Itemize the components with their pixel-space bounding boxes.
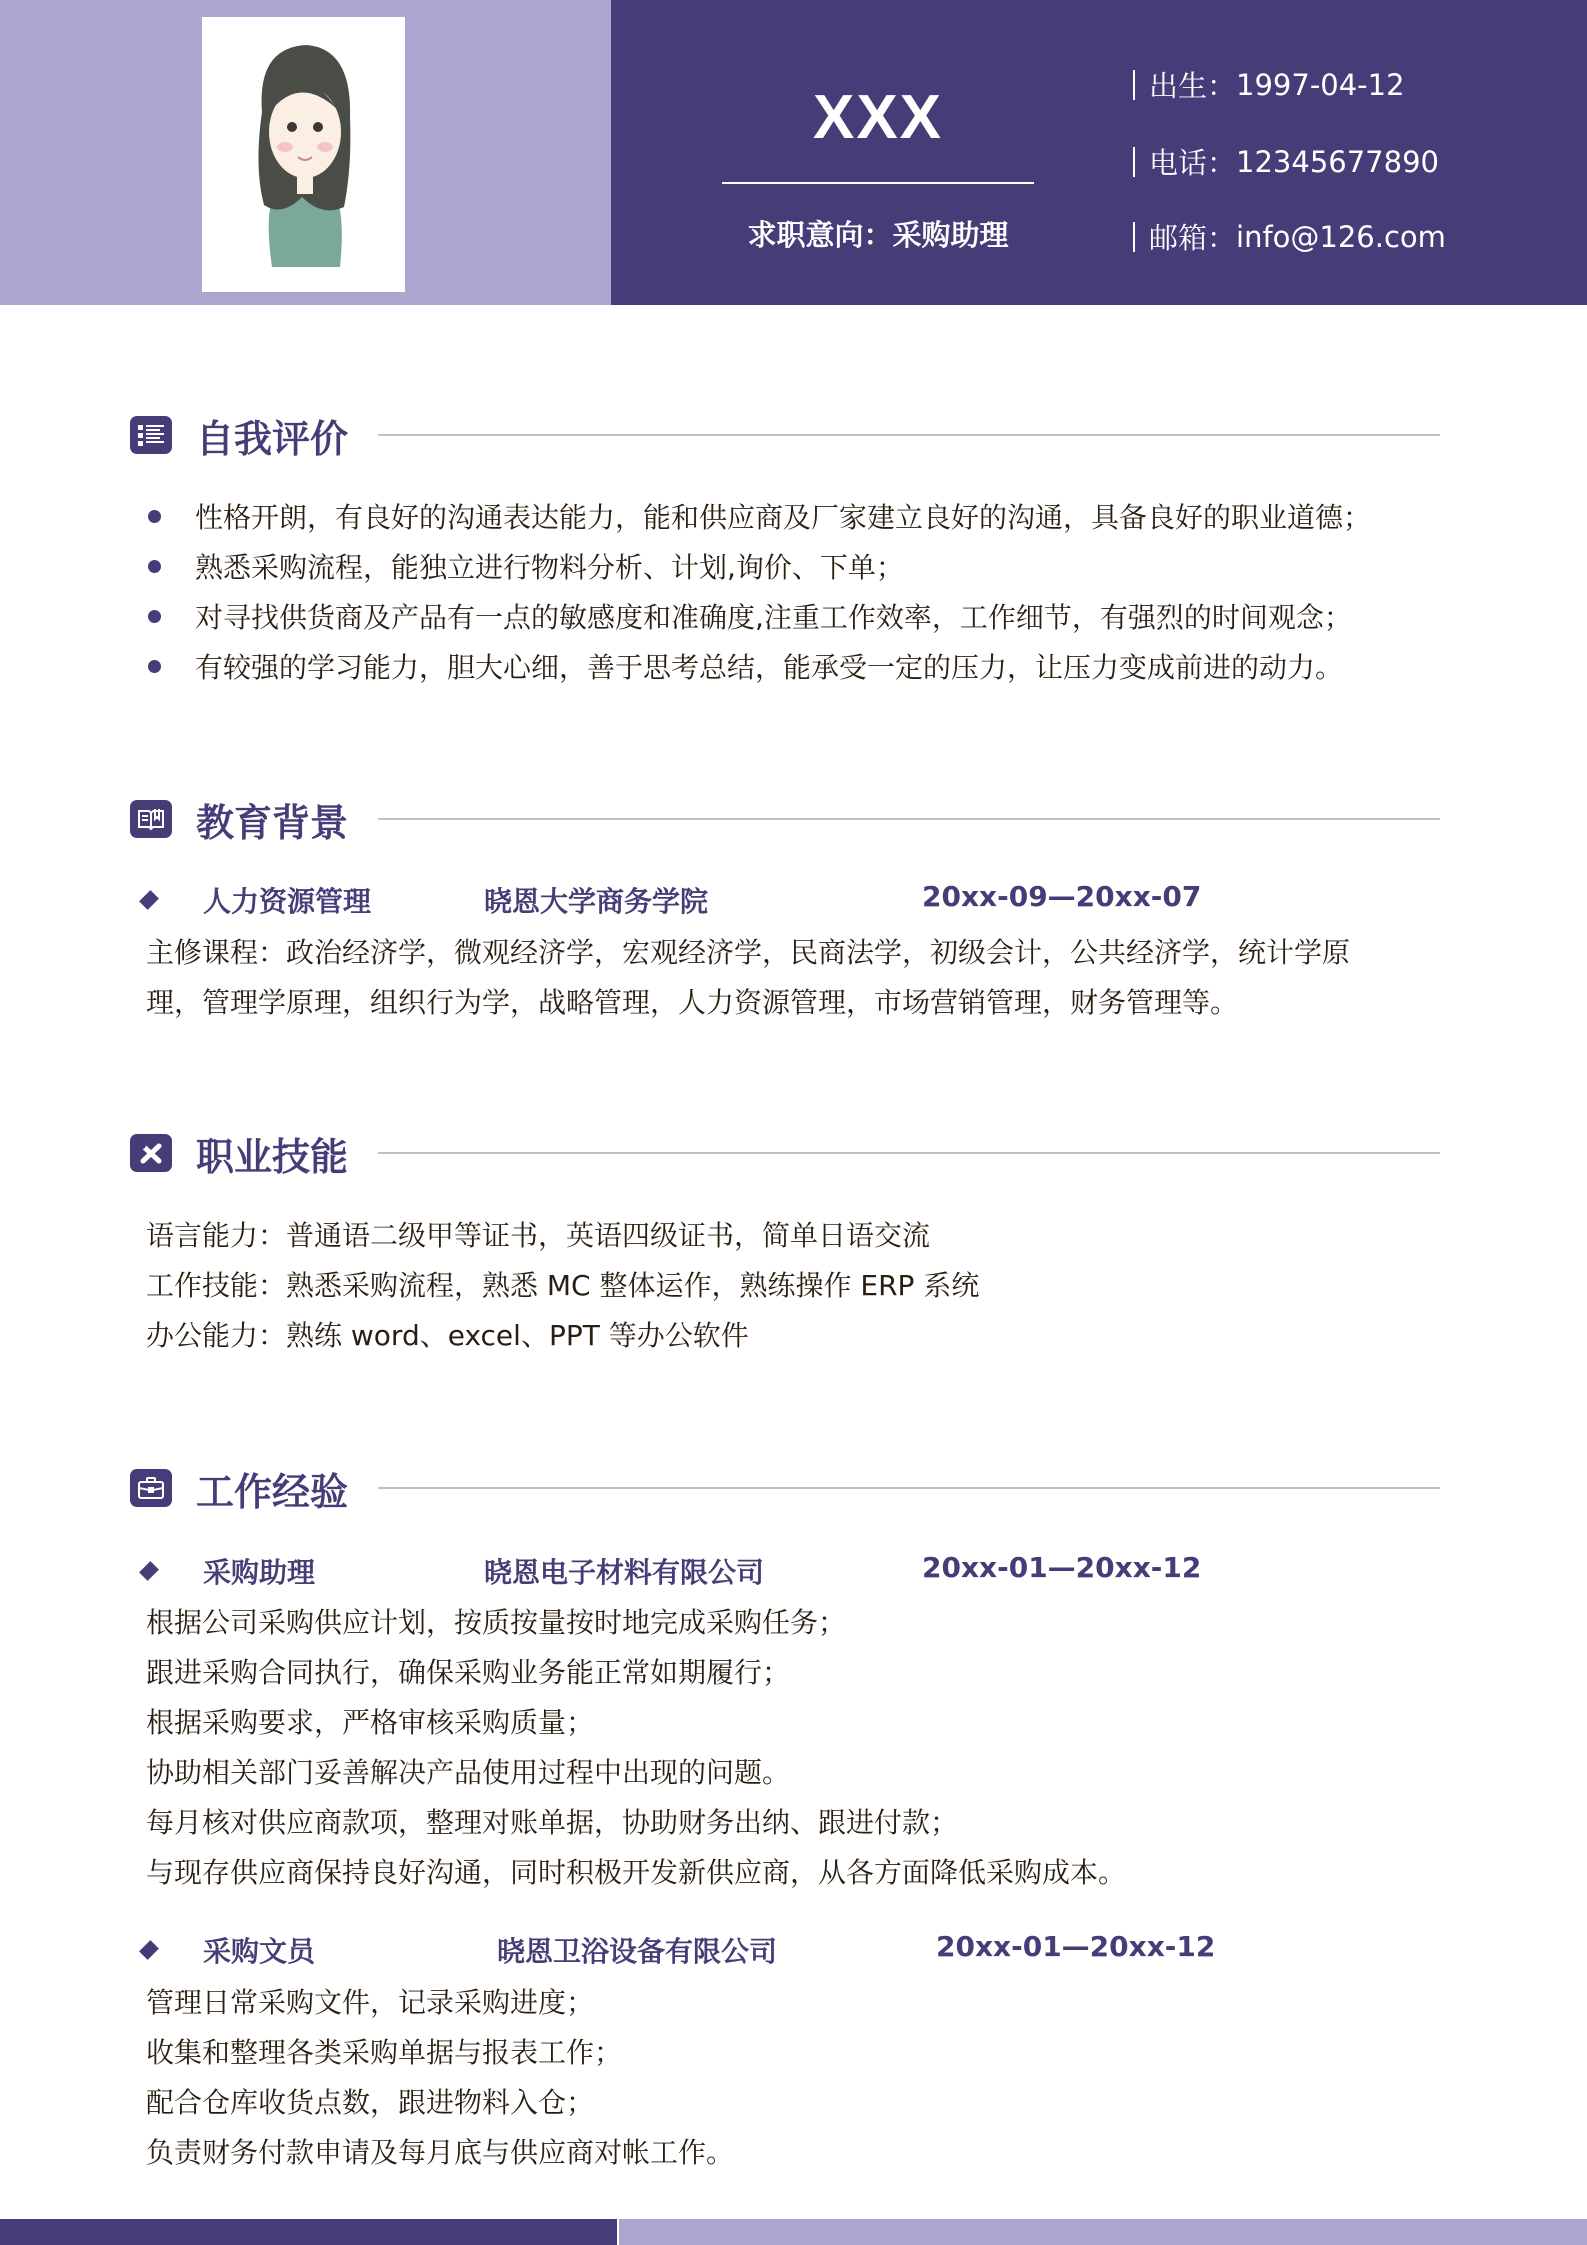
- tools-icon: [130, 1134, 172, 1172]
- duty-line: 根据公司采购供应计划，按质按量按时地完成采购任务；: [146, 1601, 846, 1641]
- course-line: 主修课程：政治经济学，微观经济学，宏观经济学，民商法学，初级会计，公共经济学，统…: [146, 931, 1350, 971]
- diamond-icon: [139, 890, 159, 910]
- profile-photo: [202, 17, 405, 292]
- footer-bar-dark: [0, 2219, 617, 2245]
- job-company: 晓恩电子材料有限公司: [484, 1551, 764, 1591]
- course-line: 理，管理学原理，组织行为学，战略管理，人力资源管理，市场营销管理，财务管理等。: [146, 981, 1238, 1021]
- duty-line: 协助相关部门妥善解决产品使用过程中出现的问题。: [146, 1751, 790, 1791]
- duty-line: 配合仓库收货点数，跟进物料入仓；: [146, 2081, 594, 2121]
- contact-value: 1997-04-12: [1236, 68, 1405, 102]
- contact-bar: [1133, 70, 1135, 100]
- section-work: 工作经验: [130, 1466, 1440, 1510]
- list-item: 对寻找供货商及产品有一点的敏感度和准确度,注重工作效率，工作细节，有强烈的时间观…: [148, 596, 1352, 636]
- contact-value: 12345677890: [1236, 145, 1439, 179]
- candidate-name: XXX: [611, 82, 1145, 153]
- duty-line: 负责财务付款申请及每月底与供应商对帐工作。: [146, 2131, 734, 2171]
- education-entry: 人力资源管理 晓恩大学商务学院 20xx-09—20xx-07: [0, 880, 1587, 920]
- job-intent: 求职意向：采购助理: [611, 213, 1145, 254]
- section-title: 工作经验: [196, 1461, 348, 1516]
- list-item: 性格开朗，有良好的沟通表达能力，能和供应商及厂家建立良好的沟通，具备良好的职业道…: [148, 496, 1371, 536]
- bullet-icon: [148, 510, 161, 523]
- section-title: 职业技能: [196, 1126, 348, 1181]
- skill-line: 语言能力：普通语二级甲等证书，英语四级证书，简单日语交流: [146, 1214, 930, 1254]
- diamond-icon: [139, 1940, 159, 1960]
- job-position: 采购文员: [203, 1930, 315, 1970]
- duty-line: 与现存供应商保持良好沟通，同时积极开发新供应商，从各方面降低采购成本。: [146, 1851, 1126, 1891]
- briefcase-icon: [130, 1469, 172, 1507]
- job-period: 20xx-01—20xx-12: [936, 1930, 1215, 1963]
- contact-label: 出生：: [1149, 64, 1236, 105]
- section-divider: [378, 434, 1440, 436]
- skill-line: 工作技能：熟悉采购流程，熟悉 MC 整体运作，熟练操作 ERP 系统: [146, 1264, 979, 1304]
- job-period: 20xx-01—20xx-12: [922, 1551, 1201, 1584]
- contact-value: info@126.com: [1236, 220, 1446, 254]
- bullet-icon: [148, 660, 161, 673]
- duty-line: 根据采购要求，严格审核采购质量；: [146, 1701, 594, 1741]
- contact-label: 电话：: [1149, 141, 1236, 182]
- bullet-icon: [148, 610, 161, 623]
- entry-period: 20xx-09—20xx-07: [922, 880, 1201, 913]
- duty-line: 管理日常采购文件，记录采购进度；: [146, 1981, 594, 2021]
- section-divider: [378, 818, 1440, 820]
- name-divider: [722, 182, 1034, 184]
- section-title: 教育背景: [196, 792, 348, 847]
- contact-label: 邮箱：: [1149, 216, 1236, 257]
- section-title: 自我评价: [196, 408, 348, 463]
- entry-school: 晓恩大学商务学院: [484, 880, 708, 920]
- duty-line: 每月核对供应商款项，整理对账单据，协助财务出纳、跟进付款；: [146, 1801, 958, 1841]
- duty-line: 跟进采购合同执行，确保采购业务能正常如期履行；: [146, 1651, 790, 1691]
- contact-bar: [1133, 222, 1135, 252]
- footer-bar-light: [619, 2219, 1587, 2245]
- job-company: 晓恩卫浴设备有限公司: [497, 1930, 777, 1970]
- job-position: 采购助理: [203, 1551, 315, 1591]
- duty-line: 收集和整理各类采购单据与报表工作；: [146, 2031, 622, 2071]
- diamond-icon: [139, 1561, 159, 1581]
- list-item-text: 对寻找供货商及产品有一点的敏感度和准确度,注重工作效率，工作细节，有强烈的时间观…: [195, 596, 1352, 636]
- contact-birth: 出生： 1997-04-12: [1133, 64, 1405, 105]
- section-divider: [378, 1152, 1440, 1154]
- list-item-text: 有较强的学习能力，胆大心细，善于思考总结，能承受一定的压力，让压力变成前进的动力…: [195, 646, 1343, 686]
- list-item-text: 熟悉采购流程，能独立进行物料分析、计划,询价、下单；: [195, 546, 904, 586]
- section-skills: 职业技能: [130, 1131, 1440, 1175]
- list-item: 熟悉采购流程，能独立进行物料分析、计划,询价、下单；: [148, 546, 904, 586]
- contact-bar: [1133, 147, 1135, 177]
- list-icon: [130, 416, 172, 454]
- section-self-evaluation: 自我评价: [130, 413, 1440, 457]
- list-item: 有较强的学习能力，胆大心细，善于思考总结，能承受一定的压力，让压力变成前进的动力…: [148, 646, 1343, 686]
- job-entry: 采购文员 晓恩卫浴设备有限公司 20xx-01—20xx-12: [0, 1930, 1587, 1970]
- contact-email: 邮箱： info@126.com: [1133, 216, 1446, 257]
- entry-major: 人力资源管理: [203, 880, 371, 920]
- book-icon: [130, 800, 172, 838]
- bullet-icon: [148, 560, 161, 573]
- skill-line: 办公能力：熟练 word、excel、PPT 等办公软件: [146, 1314, 749, 1354]
- section-education: 教育背景: [130, 797, 1440, 841]
- job-entry: 采购助理 晓恩电子材料有限公司 20xx-01—20xx-12: [0, 1551, 1587, 1591]
- section-divider: [378, 1487, 1440, 1489]
- list-item-text: 性格开朗，有良好的沟通表达能力，能和供应商及厂家建立良好的沟通，具备良好的职业道…: [195, 496, 1371, 536]
- contact-phone: 电话： 12345677890: [1133, 141, 1439, 182]
- cartoon-portrait-icon: [202, 17, 405, 292]
